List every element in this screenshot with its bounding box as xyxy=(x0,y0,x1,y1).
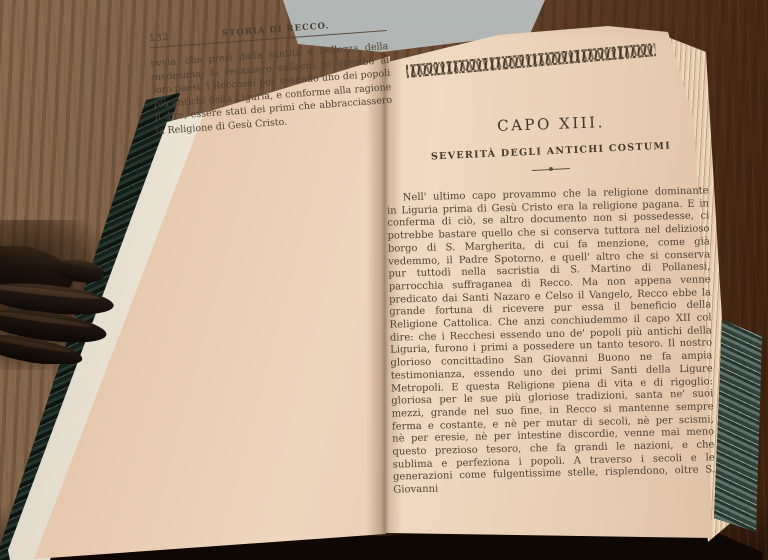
left-page-header: 132 STORIA DI RECCO. xyxy=(149,16,387,44)
bronze-hand xyxy=(0,246,124,364)
floral-band-ornament xyxy=(406,43,656,78)
left-page-text: ovvia, che presi dalla santità e bellezz… xyxy=(150,40,393,139)
chapter-subtitle: SEVERITÀ DEGLI ANTICHI COSTUMI xyxy=(390,139,712,165)
subtitle-divider-ornament xyxy=(532,165,570,174)
book-photograph: 132 STORIA DI RECCO. ovvia, che presi da… xyxy=(0,0,768,560)
chapter-heading: CAPO XIII. xyxy=(390,109,712,138)
page-number: 132 xyxy=(149,30,196,44)
left-page-content: 132 STORIA DI RECCO. ovvia, che presi da… xyxy=(149,16,394,139)
right-page-text: Nell' ultimo capo provammo che la religi… xyxy=(387,185,716,494)
right-page-content: CAPO XIII. SEVERITÀ DEGLI ANTICHI COSTUM… xyxy=(390,24,712,491)
